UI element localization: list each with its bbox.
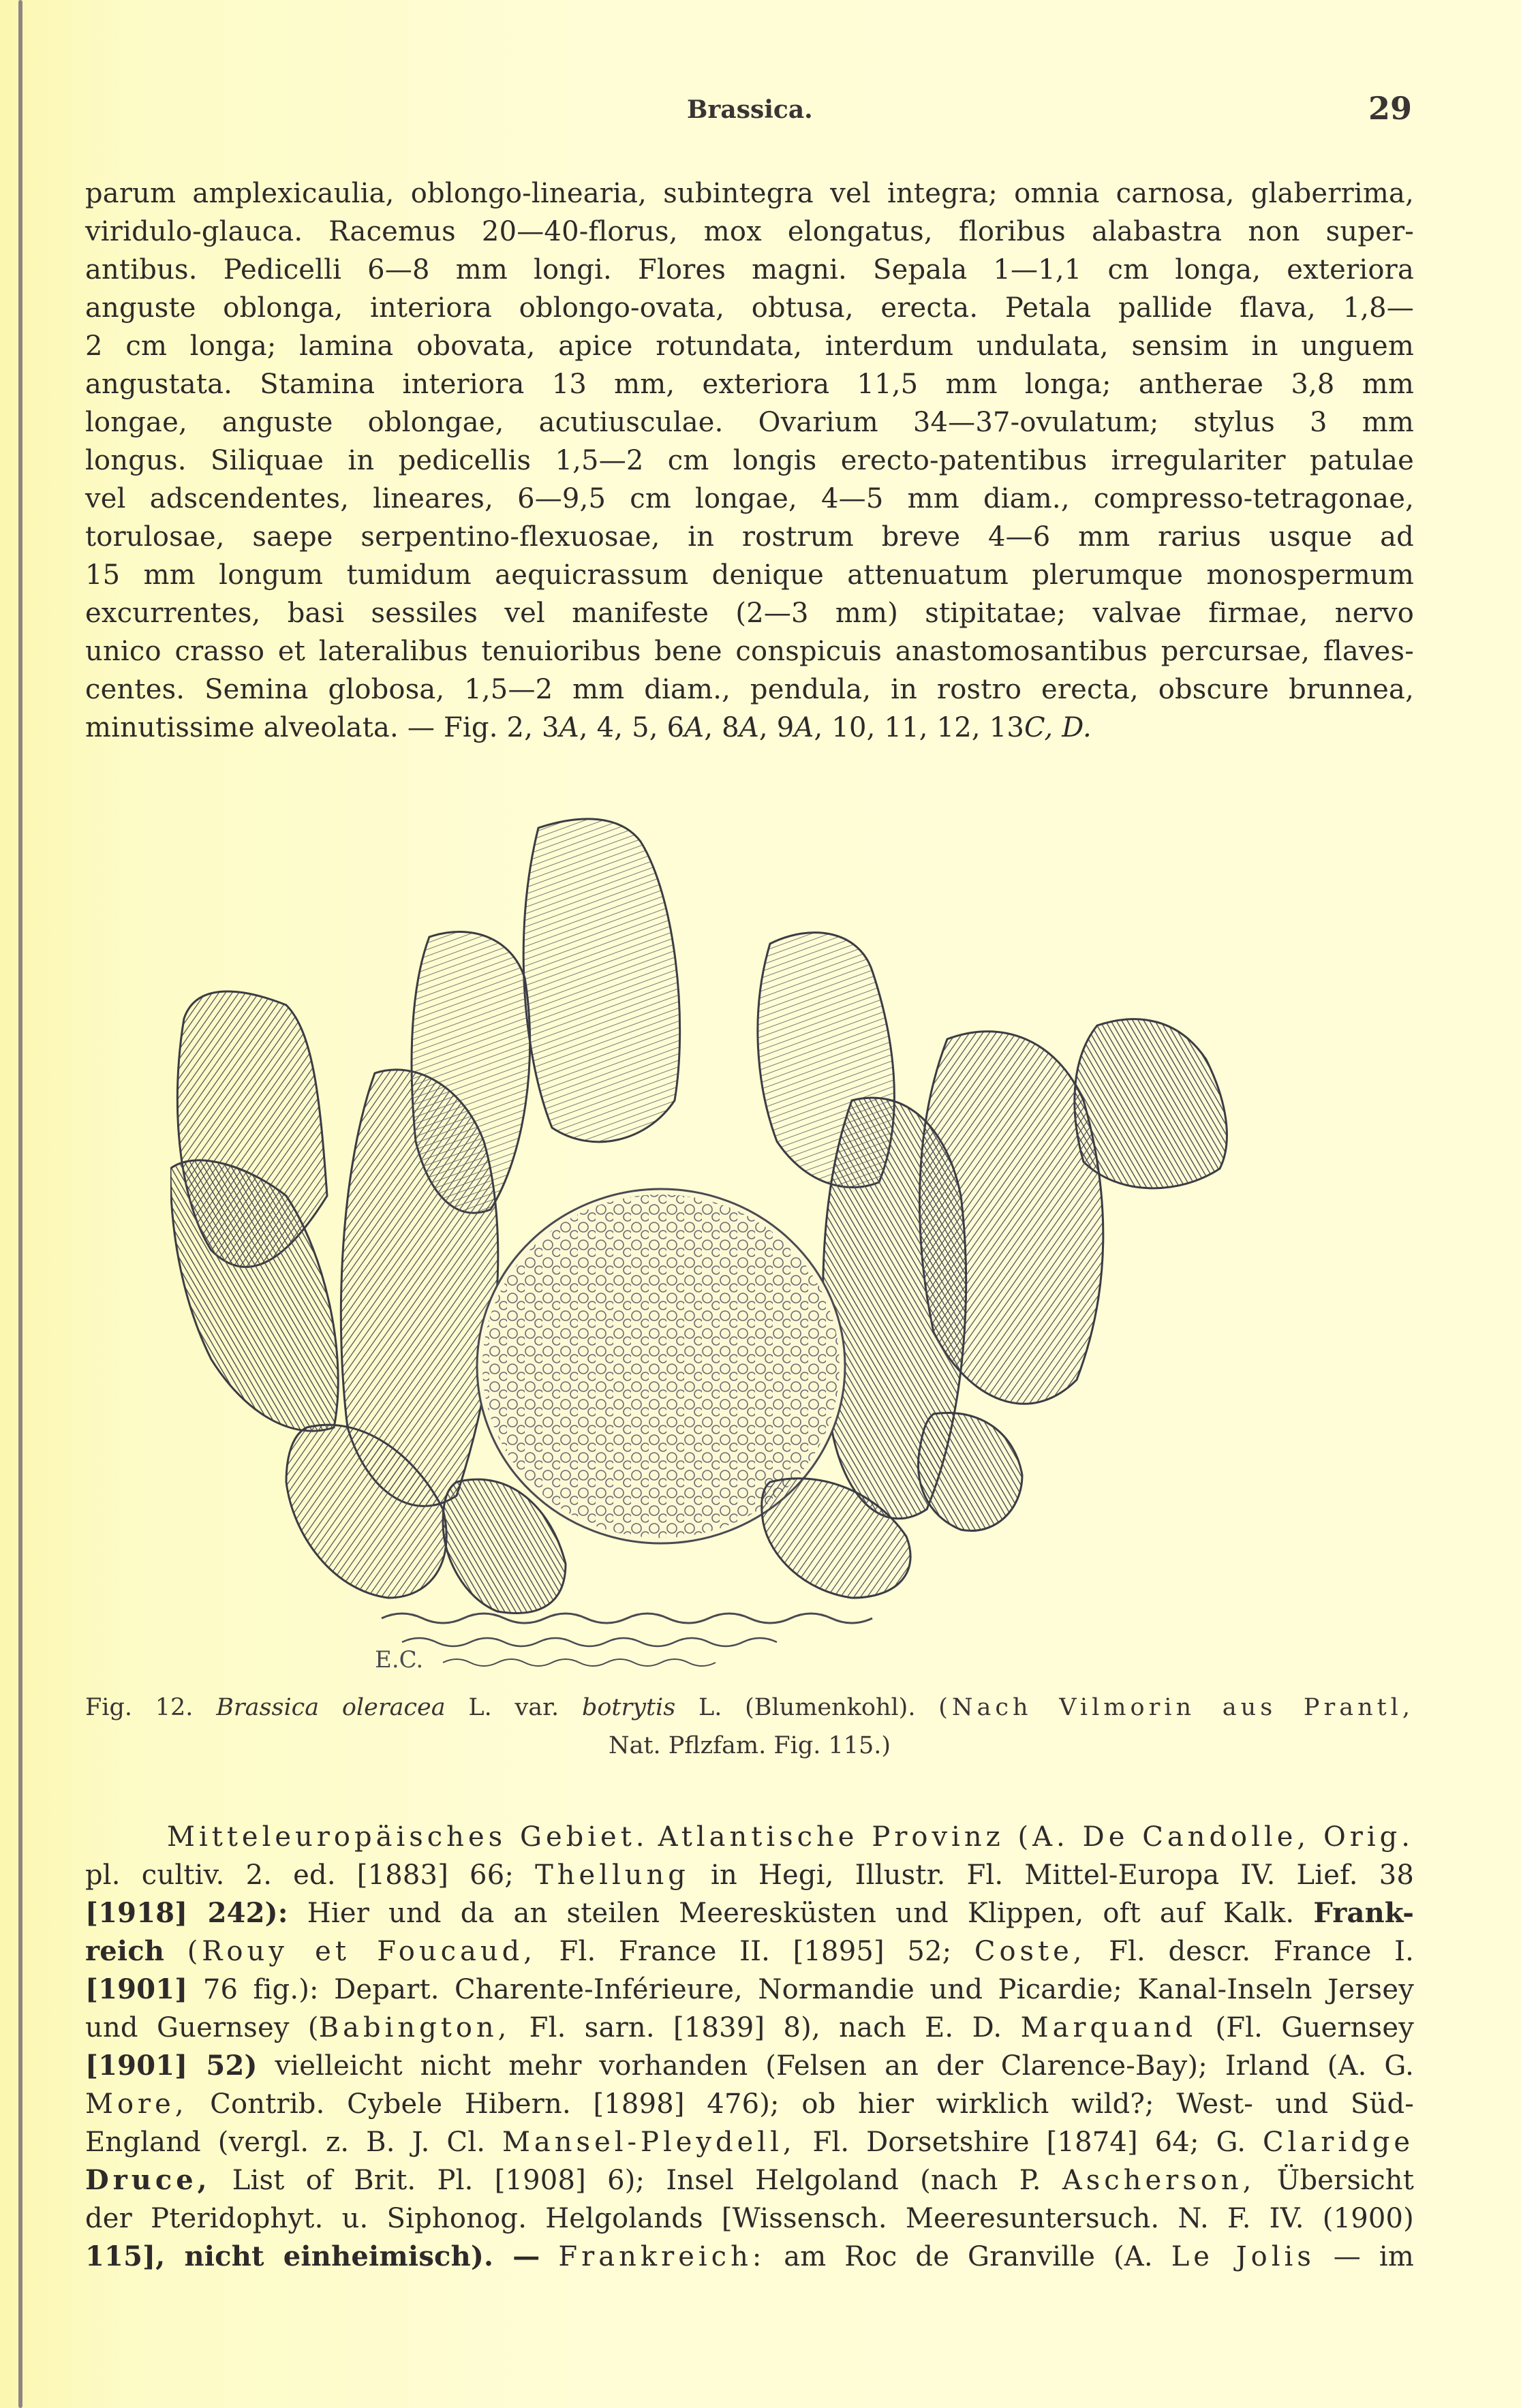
- cauliflower-engraving-icon: E.C.: [170, 814, 1322, 1686]
- species-description: parum amplexicaulia, oblongo-linearia, s…: [85, 174, 1414, 747]
- figure-references-line: minutissime alveolata. — Fig. 2, 3A, 4, …: [85, 709, 1414, 747]
- text-line: antibus. Pedicelli 6—8 mm longi. Flores …: [85, 251, 1414, 289]
- page-number: 29: [1368, 90, 1412, 127]
- text-line: unico crasso et lateralibus tenuioribus …: [85, 632, 1414, 670]
- engraver-signature: E.C.: [375, 1646, 423, 1673]
- caption-source: (Nach Vilmorin aus Prantl,: [938, 1694, 1414, 1721]
- running-head: Brassica.: [687, 95, 813, 124]
- text-line: 15 mm longum tumidum aequicrassum deniqu…: [85, 556, 1414, 594]
- text-line: angustata. Stamina interiora 13 mm, exte…: [85, 365, 1414, 403]
- text-line: anguste oblonga, interiora oblongo-ovata…: [85, 289, 1414, 327]
- variety-name: botrytis: [582, 1694, 675, 1721]
- text-line: viridulo-glauca. Racemus 20—40-florus, m…: [85, 213, 1414, 251]
- page-edge-line: [18, 0, 22, 2408]
- figure-label: Fig. 12.: [85, 1694, 193, 1721]
- figure-caption: Fig. 12. Brassica oleracea L. var. botry…: [85, 1688, 1414, 1765]
- text-line: longae, anguste oblongae, acutiusculae. …: [85, 403, 1414, 442]
- text-line: vel adscendentes, lineares, 6—9,5 cm lon…: [85, 480, 1414, 518]
- region-heading: Mitteleuropäisches Gebiet.: [167, 1821, 649, 1853]
- text-line: centes. Semina globosa, 1,5—2 mm diam., …: [85, 670, 1414, 709]
- cauliflower-illustration: E.C.: [170, 814, 1322, 1686]
- distribution-paragraph: Mitteleuropäisches Gebiet. Atlantische P…: [85, 1818, 1414, 2276]
- text-line: longus. Siliquae in pedicellis 1,5—2 cm …: [85, 442, 1414, 480]
- species-name: Brassica oleracea: [216, 1694, 445, 1721]
- text-line: torulosae, saepe serpentino-flexuosae, i…: [85, 518, 1414, 556]
- caption-source-line2: Nat. Pflzfam. Fig. 115.): [85, 1727, 1414, 1765]
- text-line: 2 cm longa; lamina obovata, apice rotund…: [85, 327, 1414, 365]
- text-line: excurrentes, basi sessiles vel manifeste…: [85, 594, 1414, 632]
- text-line: parum amplexicaulia, oblongo-linearia, s…: [85, 174, 1414, 213]
